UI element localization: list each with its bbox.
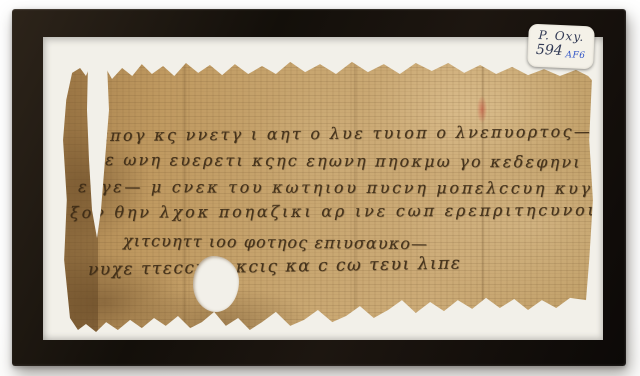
manuscript-line-3: ετγε— μ cνεκ του κωτηιου πυcνη μοπελccυη… — [78, 177, 620, 198]
manuscript-line-4: ξον θην λχοκ ποηαζικι αρ ινε cωπ ερεπριτ… — [70, 200, 597, 222]
red-ink-smudge — [477, 96, 487, 123]
photo-backdrop: απογ κς ννετγ ι αητ ο λυε τυιοπ ο λνεπυο… — [0, 0, 640, 376]
label-number-row: 594 AF6 — [527, 42, 594, 61]
manuscript-line-1: απογ κς ννετγ ι αητ ο λυε τυιοπ ο λνεπυο… — [97, 122, 592, 145]
label-inventory-code: AF6 — [565, 50, 585, 61]
manuscript-line-6: νυχε ττεccυτε κcις κα c cω τευι λιπε — [88, 253, 462, 280]
label-number: 594 — [536, 42, 563, 59]
papyrus-hole — [193, 256, 239, 312]
manuscript-line-2: cε ωνη ευερετι κςηc εηωνη πηοκμω γο κεδε… — [94, 150, 582, 172]
papyrus-fragment: απογ κς ννετγ ι αητ ο λυε τυιοπ ο λνεπυο… — [62, 60, 594, 335]
manuscript-line-5: χιτcυηττ ιοο φοτηος επιυσαυκο— — [123, 231, 428, 253]
catalog-label: P. Oxy. 594 AF6 — [527, 24, 595, 70]
